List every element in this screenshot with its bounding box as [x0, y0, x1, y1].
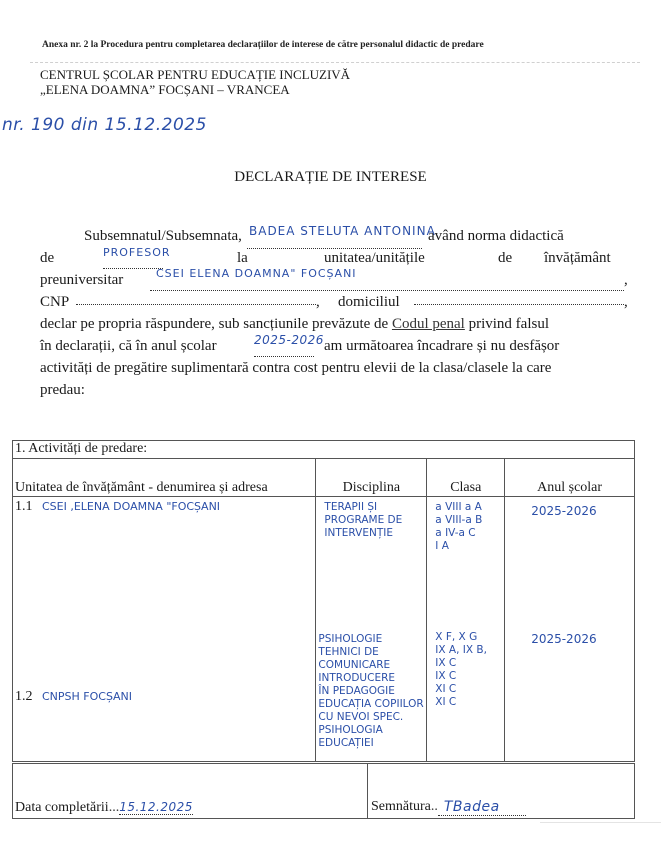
declar-text-2: privind falsul [469, 316, 549, 332]
invatamant-label: învățământ [544, 250, 611, 267]
class-item: a VIII-a B [435, 514, 482, 527]
declar-text-3: am următoarea încadrare și nu desfășor [324, 338, 559, 355]
year-value: 2025-2026 [531, 633, 596, 646]
unitatea-label: unitatea/unitățile [324, 250, 425, 267]
discipline-item: PSIHOLOGIE [318, 633, 426, 646]
signature-section: Data completării...15.12.2025 Semnătura.… [12, 763, 635, 819]
name-field[interactable]: BADEA STELUTA ANTONINA [247, 232, 422, 249]
activities-table: 1. Activități de predare: Unitatea de în… [12, 440, 635, 762]
norma-field[interactable]: PROFESOR [103, 254, 163, 269]
class-item: XI C [435, 683, 487, 696]
unitate-field[interactable]: CSEI ELENA DOAMNA" FOCȘANI [150, 276, 624, 291]
domiciliul-label: domiciliul [338, 294, 400, 311]
table-row: 1.1 CSEI ,ELENA DOAMNA "FOCȘANI 1.2 CNPS… [13, 497, 635, 762]
discipline-item: COMUNICARE [318, 659, 426, 672]
discipline-item: ÎN PEDAGOGIE [318, 685, 426, 698]
col-header-discipline: Disciplina [316, 459, 427, 497]
row-number: 1.1 [15, 499, 33, 514]
class-item: a VIII a A [435, 501, 482, 514]
norma-value: PROFESOR [103, 246, 171, 259]
col-header-unit: Unitatea de învățământ - denumirea și ad… [13, 459, 316, 497]
year-cell: 2025-2026 2025-2026 [505, 497, 635, 762]
registration-number: nr. 190 din 15.12.2025 [2, 115, 207, 135]
discipline-item: PSIHOLOGIA EDUCAȚIEI [318, 724, 426, 750]
unitate-value: CSEI ELENA DOAMNA" FOCȘANI [156, 267, 357, 280]
date-label: Data completării [15, 800, 109, 815]
discipline-item: TEHNICI DE [318, 646, 426, 659]
de2-label: de [498, 250, 512, 267]
document-title: DECLARAȚIE DE INTERESE [0, 169, 661, 186]
discipline-cell: TERAPII ȘIPROGRAME DEINTERVENȚIE PSIHOLO… [316, 497, 427, 762]
discipline-item: TERAPII ȘI [324, 501, 402, 514]
declar-text-1: declar pe propria răspundere, sub sancți… [40, 316, 388, 332]
discipline-item: INTRODUCERE [318, 672, 426, 685]
discipline-item: EDUCAȚIA COPIILOR [318, 698, 426, 711]
class-item: a IV-a C [435, 527, 482, 540]
preuniversitar-label: preuniversitar [40, 272, 123, 289]
class-item: I A [435, 540, 482, 553]
class-item: IX C [435, 670, 487, 683]
subsemnatul-label: Subsemnatul/Subsemnata, [84, 228, 242, 244]
cnp-field[interactable] [76, 304, 316, 305]
name-value: BADEA STELUTA ANTONINA [249, 224, 436, 238]
declar-text-5: predau: [40, 382, 85, 399]
date-field[interactable]: Data completării...15.12.2025 [15, 800, 193, 816]
scan-artifact-line [30, 62, 640, 63]
discipline-item: CU NEVOI SPEC. [318, 711, 426, 724]
cnp-label: CNP [40, 294, 69, 311]
class-item: X F, X G [435, 631, 487, 644]
class-cell: a VIII a Aa VIII-a Ba IV-a CI A X F, X G… [427, 497, 505, 762]
row-number: 1.2 [15, 689, 33, 704]
an-scolar-value: 2025-2026 [254, 333, 324, 347]
annex-heading: Anexa nr. 2 la Procedura pentru completa… [42, 40, 484, 50]
de-label: de [40, 250, 54, 267]
discipline-item: PROGRAME DE [324, 514, 402, 527]
section-title: 1. Activități de predare: [13, 441, 635, 459]
date-value: 15.12.2025 [119, 800, 193, 815]
col-header-year: Anul școlar [505, 459, 635, 497]
institution-name-line1: CENTRUL ȘCOLAR PENTRU EDUCAȚIE INCLUZIVĂ [40, 67, 350, 83]
class-item: IX A, IX B, [435, 644, 487, 657]
la-label: la [237, 250, 248, 267]
signature-label: Semnătura [371, 799, 431, 814]
unit-cell: 1.1 CSEI ,ELENA DOAMNA "FOCȘANI 1.2 CNPS… [13, 497, 316, 762]
col-header-class: Clasa [427, 459, 505, 497]
class-item: XI C [435, 696, 487, 709]
scan-edge [540, 822, 661, 823]
year-value: 2025-2026 [531, 505, 596, 518]
domiciliul-field[interactable] [414, 304, 624, 305]
discipline-item: INTERVENȚIE [324, 527, 402, 540]
signature-value: TBadea [444, 799, 500, 815]
unit-value: CNPSH FOCȘANI [42, 690, 132, 703]
an-scolar-field[interactable]: 2025-2026 [254, 342, 314, 357]
class-item: IX C [435, 657, 487, 670]
codul-penal-link[interactable]: Codul penal [392, 316, 465, 332]
avand-label: având norma didactică [428, 228, 564, 245]
in-declaratii-text: în declarații, că în anul școlar [40, 338, 217, 355]
declar-text-4: activități de pregătire suplimentară con… [40, 360, 551, 377]
unit-value: CSEI ,ELENA DOAMNA "FOCȘANI [42, 500, 220, 513]
institution-name-line2: „ELENA DOAMNA” FOCȘANI – VRANCEA [40, 82, 290, 98]
signature-field[interactable]: Semnătura.. TBadea [371, 799, 526, 816]
